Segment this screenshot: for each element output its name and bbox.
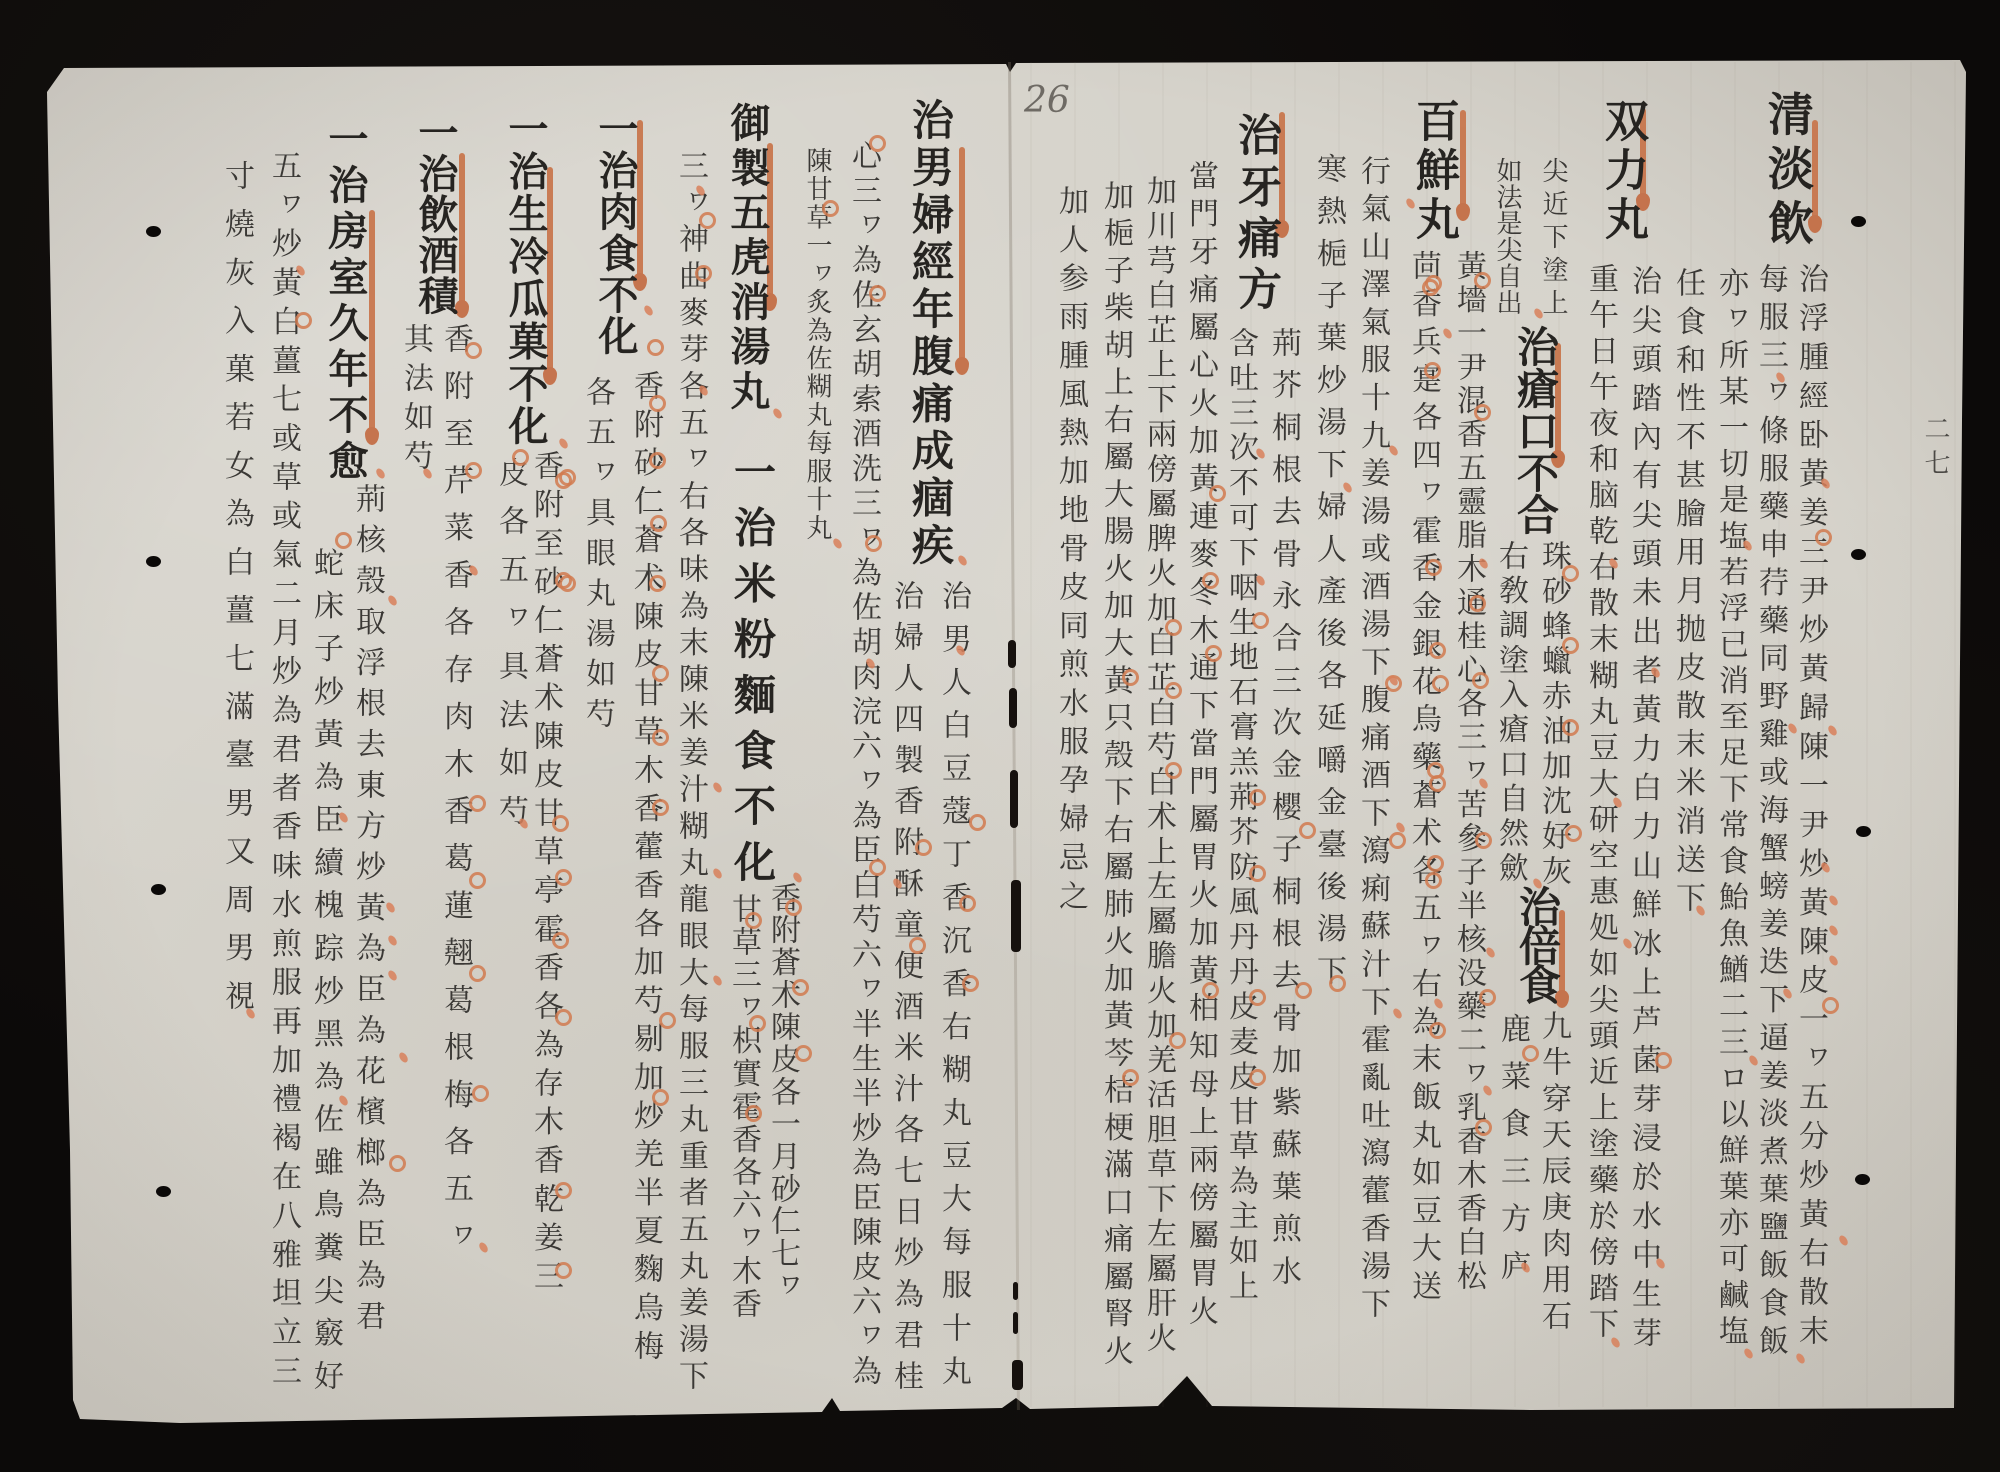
recipe-title: 双力丸: [1600, 98, 1644, 245]
red-punctuation-circle: [552, 932, 569, 949]
manuscript-scan: 26 二七 清淡飲 治浮腫經卧黃姜三尹炒黃歸陳一尹炒黃陳皮一ヮ五分炒黃右散末 每…: [0, 0, 2000, 1472]
text-column: 尖近下塗上: [1540, 157, 1566, 322]
text-column: 五ヮ炒黃白薑七或草或氣二月炒為君者香味水煎服再加禮褐在八雅坦立三: [268, 150, 298, 1394]
red-punctuation-circle: [1122, 1069, 1139, 1086]
red-punctuation-circle: [1562, 637, 1579, 654]
gutter-tear: [1013, 1312, 1018, 1334]
red-title-marker: [959, 147, 965, 367]
red-punctuation-circle: [869, 859, 886, 876]
red-punctuation-circle: [1562, 719, 1579, 736]
red-punctuation-circle: [1165, 619, 1182, 636]
red-punctuation-circle: [1165, 682, 1182, 699]
red-punctuation-circle: [869, 285, 886, 302]
text-column: 重午日午夜和脑乾右散末糊丸豆大研空惠処如尖頭近上塗藥於傍踏下: [1585, 263, 1615, 1344]
red-punctuation-circle: [695, 265, 712, 282]
red-punctuation-circle: [469, 795, 486, 812]
red-punctuation-circle: [652, 799, 669, 816]
red-punctuation-circle: [792, 979, 809, 996]
red-punctuation-circle: [1209, 485, 1226, 502]
recipe-title: 治牙痛方: [1233, 112, 1277, 317]
red-punctuation-circle: [1425, 275, 1442, 292]
text-column: 當門牙痛屬心火加黃連麥冬木通下當門屬胃火加黃柏知母上兩傍屬胃火: [1185, 160, 1215, 1333]
text-column: 如法是尖自出: [1494, 157, 1520, 315]
text-column: 行氣山澤氣服十九姜湯或酒湯下腹痛酒下瀉痢蘇汁下霍亂吐瀉藿香湯下: [1357, 155, 1387, 1326]
gutter-tear: [1009, 688, 1017, 728]
red-punctuation-circle: [785, 899, 802, 916]
red-punctuation-circle: [552, 815, 569, 832]
recipe-title: 一治肉食不化: [595, 108, 635, 356]
red-punctuation-circle: [652, 665, 669, 682]
recipe-title: 一治房室久年不愈: [325, 118, 365, 486]
text-column: 荊芥桐根去骨永合三次金櫻子桐根去骨加紫蘇葉煎水: [1268, 327, 1298, 1297]
red-punctuation-circle: [1165, 762, 1182, 779]
red-title-marker: [1460, 110, 1466, 213]
red-punctuation-circle: [555, 1182, 572, 1199]
red-punctuation-circle: [1475, 832, 1492, 849]
red-punctuation-circle: [465, 342, 482, 359]
red-punctuation-circle: [295, 312, 312, 329]
recipe-title: 治倍食: [1516, 885, 1558, 1002]
red-punctuation-circle: [1299, 822, 1316, 839]
text-column: 每服三ヮ條服藥申荇藥同野雞或海蟹螃姜迭下逼姜淡煮葉鹽飯食飯: [1755, 263, 1785, 1363]
red-punctuation-circle: [555, 1262, 572, 1279]
red-punctuation-circle: [1252, 612, 1269, 629]
text-column: 皮各五ヮ具法如芍: [495, 457, 525, 843]
text-column: 香附蒼术陳皮各一月砂仁七ヮ: [767, 882, 797, 1302]
recipe-title: 一治生冷瓜菓不化: [505, 108, 545, 447]
red-punctuation-circle: [1429, 775, 1446, 792]
text-column: 蛇床子炒黃為臣續槐踪炒黑為佐雖鳥糞尖竅好: [310, 547, 340, 1403]
red-punctuation-circle: [962, 975, 979, 992]
red-punctuation-circle: [699, 212, 716, 229]
red-punctuation-circle: [1329, 975, 1346, 992]
text-column: 寸燒灰入菓若女為白薑七滿臺男又周男視: [221, 160, 251, 1028]
recipe-title: 百鮮丸: [1411, 98, 1455, 245]
gutter-tear: [1013, 1282, 1018, 1300]
red-punctuation-circle: [1479, 989, 1496, 1006]
punch-hole: [151, 884, 166, 895]
text-column: 右敎調塗入瘡口自然歛: [1495, 540, 1525, 887]
red-punctuation-circle: [647, 339, 664, 356]
red-punctuation-circle: [1425, 559, 1442, 576]
text-column: 其法如芍: [400, 323, 430, 479]
recipe-title: 御製五虎消湯丸: [727, 102, 767, 415]
recipe-title: 一治飲酒積: [415, 112, 455, 316]
red-punctuation-circle: [335, 532, 352, 549]
red-punctuation-circle: [1562, 565, 1579, 582]
red-punctuation-circle: [559, 575, 576, 592]
gutter-tear: [1008, 640, 1016, 668]
punch-hole: [1856, 826, 1871, 837]
red-punctuation-circle: [652, 1089, 669, 1106]
text-column: 加梔子柴胡上右屬大腸火加大黃只殼下右屬肺火加黃芩桔梗滿口痛屬腎火: [1100, 180, 1130, 1372]
red-punctuation-circle: [1205, 645, 1222, 662]
recipe-title: 清淡飲: [1765, 90, 1811, 254]
red-punctuation-circle: [1202, 982, 1219, 999]
red-punctuation-circle: [1249, 865, 1266, 882]
red-punctuation-circle: [1822, 997, 1839, 1014]
red-punctuation-circle: [650, 515, 667, 532]
pencil-folio-number: 26: [1024, 80, 1070, 121]
punch-hole: [146, 556, 161, 567]
text-column: 各五ヮ具眼丸湯如芍: [582, 376, 612, 738]
red-punctuation-circle: [469, 965, 486, 982]
red-punctuation-circle: [1815, 529, 1832, 546]
red-punctuation-circle: [659, 1012, 676, 1029]
red-punctuation-circle: [472, 1085, 489, 1102]
text-column: 加人参雨腫風熱加地骨皮同煎水服孕婦忌之: [1055, 185, 1085, 919]
punch-hole: [1851, 549, 1866, 560]
text-column: 珠砂蜂蠟赤油加沈好灰: [1538, 540, 1568, 890]
punch-hole: [146, 226, 161, 237]
punch-hole: [1851, 216, 1866, 227]
text-column: 九牛穿天辰庚肉用石: [1538, 1010, 1568, 1336]
red-punctuation-circle: [1122, 669, 1139, 686]
red-punctuation-circle: [1475, 1119, 1492, 1136]
text-column: 心三ヮ為佐玄胡索酒洗三ヮ為佐胡肉浣六ヮ為臣白芍六ヮ半生半炒為臣陳皮六ヮ為: [848, 140, 878, 1390]
text-column: 三ヮ神曲麥芽各五ヮ右各味為末陳米姜汁糊丸龍眼大每服三丸重者五丸姜湯下: [675, 150, 705, 1397]
recipe-subtitle: 一治米粉麵食不化: [731, 450, 773, 896]
red-punctuation-circle: [465, 462, 482, 479]
red-punctuation-circle: [1202, 572, 1219, 589]
gutter-tear: [1011, 880, 1021, 952]
red-punctuation-circle: [1425, 872, 1442, 889]
punch-hole: [1855, 1174, 1870, 1185]
red-punctuation-circle: [1249, 989, 1266, 1006]
red-punctuation-circle: [555, 869, 572, 886]
text-column: 治浮腫經卧黃姜三尹炒黃歸陳一尹炒黃陳皮一ヮ五分炒黃右散末: [1795, 263, 1825, 1354]
red-punctuation-circle: [649, 575, 666, 592]
text-column: 治婦人四製香附酥童便酒米汁各七日炒為君桂: [890, 580, 920, 1401]
red-punctuation-circle: [745, 912, 762, 929]
text-column: 荊核殼取浮根去東方炒黃為臣為花檳榔為臣為君: [352, 483, 382, 1341]
red-punctuation-circle: [869, 135, 886, 152]
red-punctuation-circle: [969, 814, 986, 831]
red-punctuation-circle: [1429, 1022, 1446, 1039]
red-punctuation-circle: [1249, 1069, 1266, 1086]
red-punctuation-circle: [749, 1015, 766, 1032]
red-punctuation-circle: [909, 937, 926, 954]
red-punctuation-circle: [389, 1155, 406, 1172]
margin-page-number: 二七: [1922, 415, 1948, 483]
gutter-tear: [1012, 1360, 1023, 1390]
red-punctuation-circle: [649, 452, 666, 469]
punch-hole: [156, 1186, 171, 1197]
text-column: 亦ヮ所某一切是塩若浮已消至足下常食鮐魚鰌二三ロ以鮮葉亦可鹹塩: [1715, 267, 1745, 1351]
red-punctuation-circle: [865, 535, 882, 552]
red-punctuation-circle: [652, 729, 669, 746]
text-column: 含吐三次不可下咽生地石膏羔荊芥防風丹丹皮麦皮甘草為主如上: [1225, 327, 1255, 1305]
red-punctuation-circle: [1469, 595, 1486, 612]
red-punctuation-circle: [555, 1009, 572, 1026]
red-punctuation-circle: [822, 200, 839, 217]
red-punctuation-circle: [1389, 832, 1406, 849]
red-punctuation-circle: [649, 395, 666, 412]
red-punctuation-circle: [1522, 1045, 1539, 1062]
recipe-title: 治男婦經年腹痛成痼疾: [909, 98, 951, 570]
red-punctuation-circle: [1565, 825, 1582, 842]
text-column: 治尖頭踏內有尖頭未出者黃力白力山鮮冰上芦菌芽浸於水中生芽: [1628, 265, 1658, 1356]
red-punctuation-circle: [1169, 1032, 1186, 1049]
red-punctuation-circle: [1295, 982, 1312, 999]
red-punctuation-circle: [1432, 675, 1449, 692]
red-punctuation-circle: [745, 1105, 762, 1122]
red-punctuation-circle: [1472, 672, 1489, 689]
red-punctuation-circle: [1427, 855, 1444, 872]
gutter-tear: [1010, 770, 1018, 828]
red-punctuation-circle: [1474, 272, 1491, 289]
red-punctuation-circle: [1424, 362, 1441, 379]
text-column: 寒熱梔子葉炒湯下婦人產後各延嚼金臺後湯下: [1313, 153, 1343, 997]
red-punctuation-circle: [1474, 404, 1491, 421]
recipe-title: 治瘡口不合: [1514, 325, 1556, 535]
red-punctuation-circle: [795, 1045, 812, 1062]
text-column: 任食和性不甚膾用月抛皮散末米消送下: [1672, 267, 1702, 920]
red-punctuation-circle: [512, 449, 529, 466]
red-title-marker: [369, 210, 375, 437]
red-punctuation-circle: [959, 895, 976, 912]
text-column: 香附至芹菜香各存肉木香葛蓮翹葛根梅各五ヮ: [440, 323, 470, 1267]
red-punctuation-circle: [559, 469, 576, 486]
red-punctuation-circle: [1655, 1052, 1672, 1069]
red-punctuation-circle: [1429, 642, 1446, 659]
red-title-marker: [459, 153, 465, 310]
red-punctuation-circle: [469, 872, 486, 889]
red-punctuation-circle: [915, 839, 932, 856]
red-punctuation-circle: [1249, 789, 1266, 806]
